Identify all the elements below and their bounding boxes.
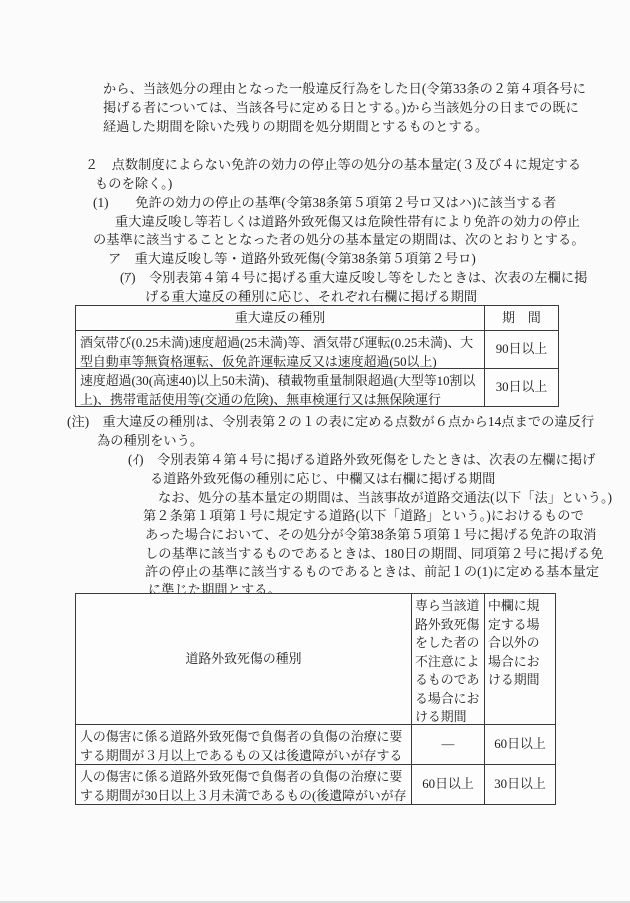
section2-body-line-2: の基準に該当することとなった者の処分の基本量定の期間は、次のとおりとする。	[93, 230, 585, 249]
section2-sub-a1-line-1: (ｱ) 令別表第４第４号に掲げる重大違反唆し等をしたときは、次表の左欄に掲	[120, 268, 587, 287]
table2-row2-injury-type: 人の傷害に係る道路外致死傷で負傷者の負傷の治療に要する期間が30日以上３月未満で…	[76, 764, 411, 804]
section2-body-line-1: 重大違反唆し等若しくは道路外致死傷又は危険性帯有により免許の効力の停止	[115, 212, 580, 231]
table2-row2-other-period: 30日以上	[484, 764, 555, 804]
table1-row1-period: 90日以上	[484, 330, 558, 368]
table2-row2-negligence-period: 60日以上	[411, 764, 484, 804]
table2-row1-injury-type: 人の傷害に係る道路外致死傷で負傷者の負傷の治療に要する期間が３月以上であるもの又…	[76, 724, 411, 764]
table1-header-period: 期 間	[484, 306, 558, 330]
section-i-line-5: あった場合において、その処分が令第38条第５項第１号に掲げる免許の取消	[145, 525, 596, 544]
table1-row1-violation-type: 酒気帯び(0.25未満)速度超過(25未満)等、酒気帯び運転(0.25未満)、大…	[76, 330, 484, 368]
section2-heading-line-1: ２ 点数制度によらない免許の効力の停止等の処分の基本量定(３及び４に規定する	[85, 155, 581, 174]
table1-row2-period: 30日以上	[484, 368, 558, 406]
section2-heading-line-2: ものを除く。)	[95, 174, 172, 193]
table2-row1-negligence-period: ―	[411, 724, 484, 764]
intro-line-2: 掲げる者については、当該各号に定める日とする。)から当該処分の日までの既に	[103, 98, 579, 117]
table2-row1-other-period: 60日以上	[484, 724, 555, 764]
table1-row2-violation-type: 速度超過(30(高速40)以上50未満)、積載物重量制限超過(大型等10割以上)…	[76, 368, 484, 406]
section-i-line-2: る道路外致死傷の種別に応じ、中欄又は右欄に掲げる期間	[150, 469, 495, 488]
intro-line-3: 経過した期間を除いた残りの期間を処分期間とするものとする。	[103, 117, 488, 136]
section2-sub-a1-line-2: げる重大違反の種別に応じ、それぞれ右欄に掲げる期間	[145, 287, 477, 306]
section-i-line-7: 許の停止の基準に該当するものであるときは、前記１の(1)に定める基本量定	[145, 562, 599, 581]
section-i-line-6: しの基準に該当するものであるときは、180日の期間、同項第２号に掲げる免	[145, 544, 604, 563]
major-violation-period-table: 重大違反の種別 期 間 酒気帯び(0.25未満)速度超過(25未満)等、酒気帯び…	[75, 305, 559, 407]
section-i-line-3: なお、処分の基本量定の期間は、当該事故が道路交通法(以下「法」という。)	[158, 488, 612, 507]
section-i-line-1: (ｲ) 令別表第４第４号に掲げる道路外致死傷をしたときは、次表の左欄に掲げ	[128, 450, 595, 469]
note-line-2: 為の種別をいう。	[97, 431, 203, 450]
document-page: { "page": { "background": "#fbfbfb", "in…	[0, 0, 630, 903]
off-road-injury-period-table: 道路外致死傷の種別 専ら当該道路外致死傷をした者の不注意によるものである場合にお…	[75, 593, 556, 805]
note-line-1: (注) 重大違反の種別は、令別表第２の１の表に定める点数が６点から14点までの違…	[67, 412, 594, 431]
table2-header-negligence-period: 専ら当該道路外致死傷をした者の不注意によるものである場合における期間	[411, 594, 484, 724]
table2-header-injury-type: 道路外致死傷の種別	[76, 594, 411, 724]
table1-header-violation-type: 重大違反の種別	[76, 306, 484, 330]
section2-item1-line: (1) 免許の効力の停止の基準(令第38条第５項第２号ロ又はハ)に該当する者	[93, 193, 556, 212]
section2-sub-a-line: ア 重大違反唆し等・道路外致死傷(令第38条第５項第２号ロ)	[108, 249, 476, 268]
intro-line-1: から、当該処分の理由となった一般違反行為をした日(令第33条の２第４項各号に	[103, 79, 586, 98]
section-i-line-4: 第２条第１項第１号に規定する道路(以下「道路」という。)におけるもので	[143, 506, 584, 525]
table2-header-other-period: 中欄に規定する場合以外の場合における期間	[484, 594, 555, 724]
